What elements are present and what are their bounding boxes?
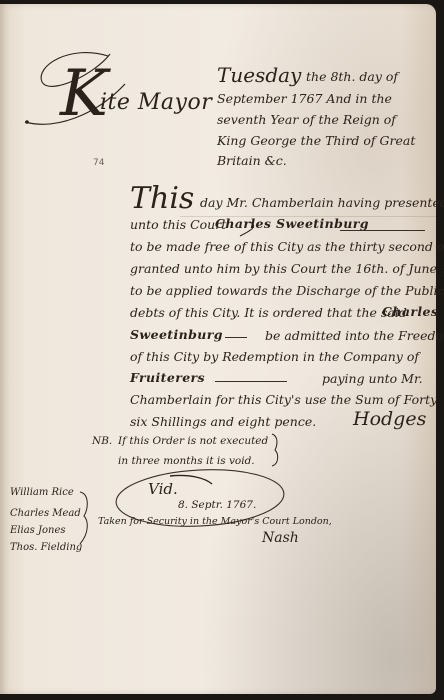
body-line-3: to be made free of this City as the thir…	[130, 241, 444, 254]
body-line-4: granted unto him by this Court the 16th.…	[130, 263, 444, 276]
body-line-6: debts of this City. It is ordered that t…	[130, 307, 407, 320]
date-line-2: September 1767 And in the	[217, 93, 392, 106]
line-filler	[215, 381, 287, 382]
surety-name: Charles Mead	[10, 509, 81, 519]
date-line-4: King George the Third of Great	[217, 135, 415, 148]
folio-mark: 74	[93, 159, 104, 168]
manuscript-page: K ite Mayor Tuesday the 8th. day of Sept…	[0, 4, 436, 694]
body-line-9: paying unto Mr.	[322, 373, 423, 386]
body-line-10: Chamberlain for this City's use the Sum …	[130, 394, 437, 407]
security-note: Taken for Security in the Mayor's Court …	[98, 517, 332, 527]
seal-word: Vid.	[148, 482, 178, 497]
nb-label: NB.	[92, 436, 112, 447]
body-line-1: day Mr. Chamberlain having presented	[200, 197, 444, 210]
date-line-5: Britain &c.	[217, 155, 287, 168]
line-filler	[340, 230, 425, 231]
body-line-7: be admitted into the Freedom	[265, 330, 444, 343]
petitioner-first-name: Charles	[382, 306, 438, 319]
body-line-11: six Shillings and eight pence.	[130, 416, 316, 429]
line-filler	[225, 337, 247, 338]
attorney-signature: Nash	[262, 531, 299, 545]
body-initial: This	[130, 184, 194, 214]
surety-name: William Rice	[10, 488, 74, 498]
body-line-8: of this City by Redemption in the Compan…	[130, 351, 419, 364]
nb-line-1: If this Order is not executed	[118, 436, 268, 447]
petitioner-name: Charles Sweetinburg	[215, 218, 369, 231]
surety-name: Thos. Fielding	[10, 543, 82, 553]
nb-line-2: in three months it is void.	[118, 456, 255, 467]
surety-name: Elias Jones	[10, 526, 66, 536]
seal-date: 8. Septr. 1767.	[178, 500, 256, 511]
date-weekday: Tuesday	[217, 65, 301, 85]
clerk-signature: Hodges	[353, 410, 426, 429]
company-name: Fruiterers	[130, 372, 205, 385]
heading-mayor: ite Mayor	[100, 92, 212, 114]
body-line-5: to be applied towards the Discharge of t…	[130, 285, 444, 298]
petitioner-last-name: Sweetinburg	[130, 329, 223, 342]
body-line-2: unto this Court	[130, 219, 226, 232]
date-line-3: seventh Year of the Reign of	[217, 114, 396, 127]
date-line-1: the 8th. day of	[306, 71, 398, 84]
